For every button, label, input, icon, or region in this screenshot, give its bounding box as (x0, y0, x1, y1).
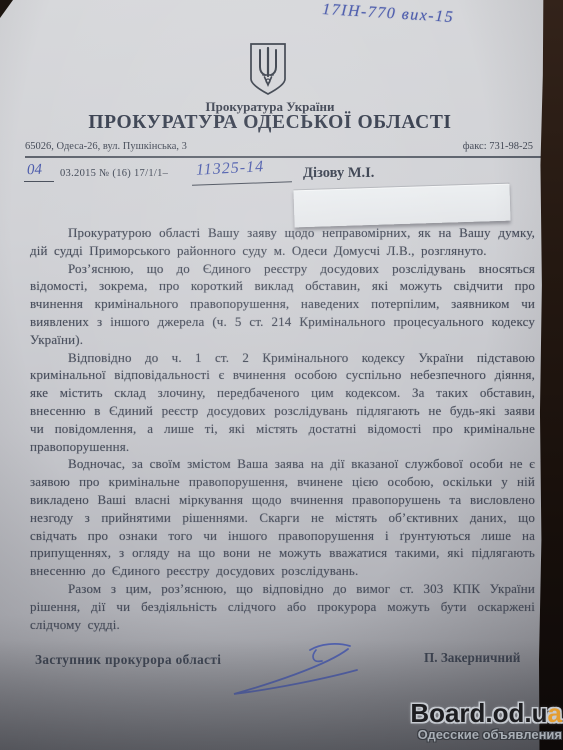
handwritten-outgoing-number: 17ІН-770 вих-15 (322, 1, 553, 33)
privacy-cover-strip (293, 183, 510, 228)
signer-name: П. Закерничний (424, 650, 520, 666)
org-name-regional: ПРОКУРАТУРА ОДЕСЬКОЇ ОБЛАСТІ (0, 112, 540, 134)
org-address: 65026, Одеса-26, вул. Пушкінська, 3 (25, 141, 187, 152)
body-paragraph: Водночас, за своїм змістом Ваша заява на… (30, 455, 535, 580)
body-paragraph: Роз’яснюю, що до Єдиного реєстру досудов… (30, 260, 535, 349)
ukraine-trident-emblem-icon (248, 42, 288, 96)
signer-title: Заступник прокурора області (35, 652, 221, 668)
body-paragraph: Відповідно до ч. 1 ст. 2 Кримінального к… (30, 349, 535, 456)
photo-right-background (539, 0, 563, 750)
body-paragraph: Прокуратурою області Вашу заяву щодо неп… (30, 224, 535, 260)
letter-body: Прокуратурою області Вашу заяву щодо неп… (30, 224, 535, 633)
reference-printed-text: 03.2015 № (16) 17/1/1– (60, 168, 168, 179)
body-paragraph: Разом з цим, роз’яснюю, що відповідно до… (30, 580, 535, 633)
site-watermark: Board.od.ua Одесские объявления (410, 700, 562, 742)
handwritten-signature (222, 636, 397, 708)
handwritten-reference-number: 11325-14 (196, 158, 265, 180)
photo-corner-background (0, 0, 13, 18)
watermark-logo-text: Board.od.u (410, 698, 547, 728)
org-fax: факс: 731-98-25 (463, 141, 533, 152)
addressee-name: Дізову М.І. (303, 165, 374, 182)
watermark-logo-accent: a (548, 698, 562, 728)
watermark-logo: Board.od.ua (410, 700, 562, 727)
handwritten-day: 04 (27, 162, 43, 180)
reference-number-underline (192, 181, 292, 185)
day-underline (24, 181, 54, 182)
document-photo: 17ІН-770 вих-15 Прокуратура України ПРОК… (0, 0, 563, 750)
watermark-subtitle: Одесские объявления (410, 728, 562, 742)
letterhead-divider (25, 156, 541, 158)
